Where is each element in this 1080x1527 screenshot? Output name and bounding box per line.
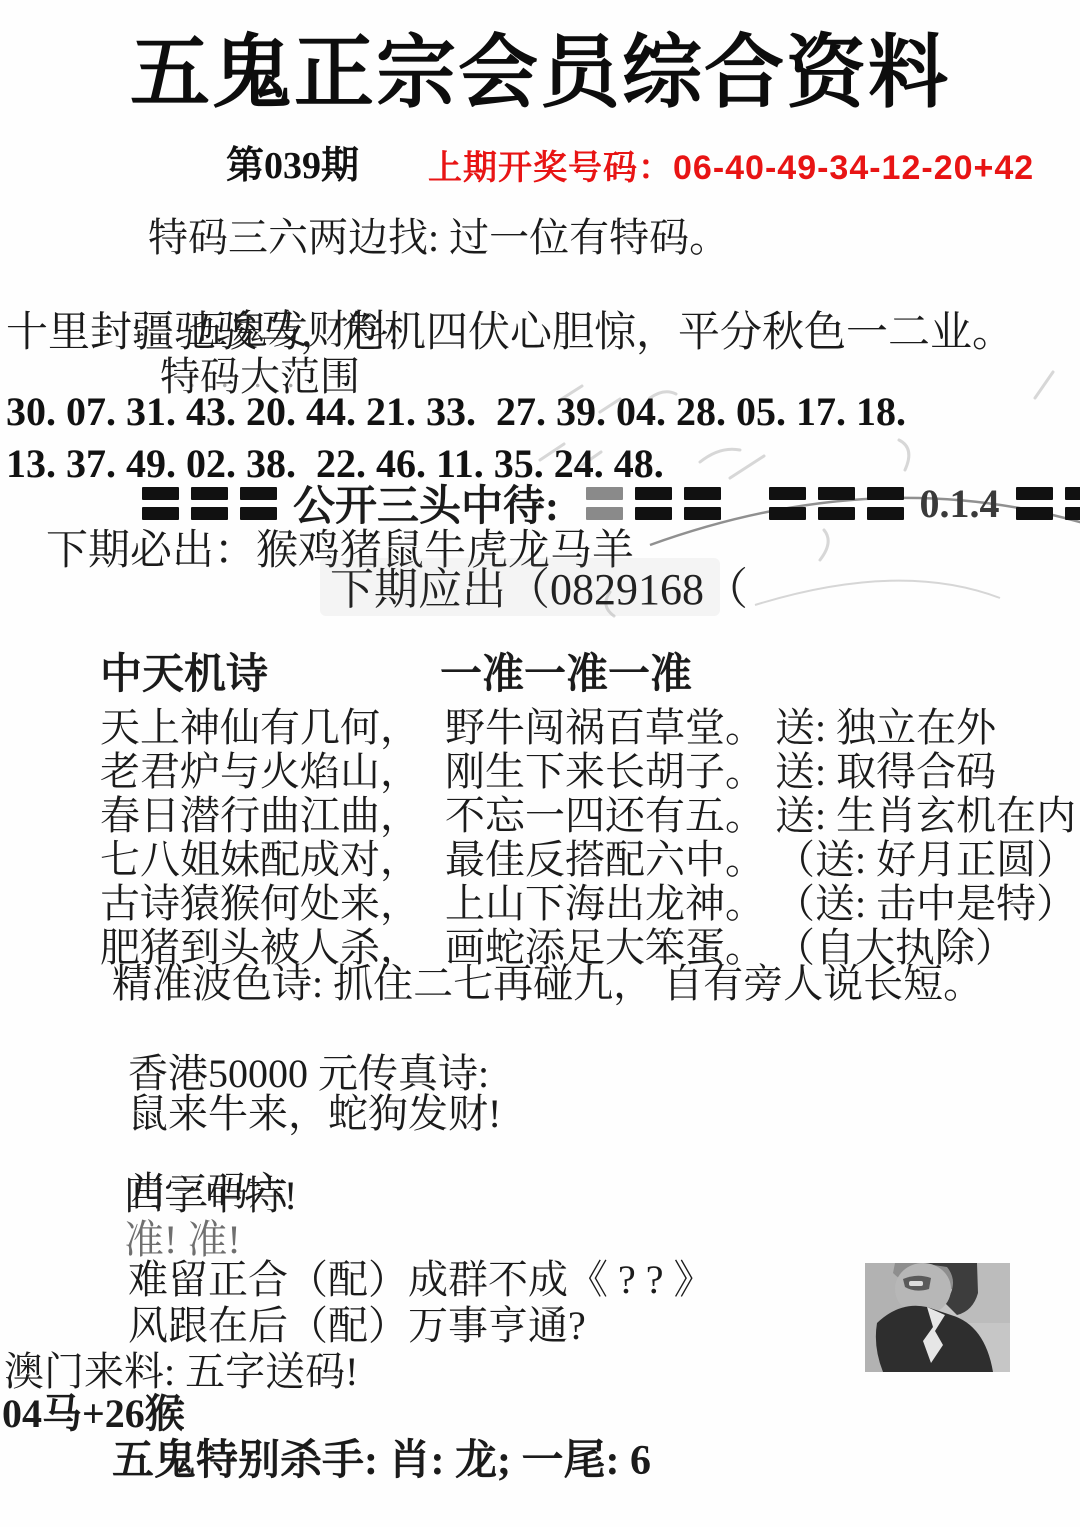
- block-unit: [1065, 487, 1080, 520]
- block-unit: [142, 487, 179, 520]
- block-unit: [240, 487, 277, 520]
- block-unit: [769, 487, 806, 520]
- yijing-blocks-group: [142, 487, 277, 520]
- yijing-blocks-group: [586, 487, 721, 520]
- block-unit: [1016, 487, 1053, 520]
- block-unit-gray: [586, 487, 623, 520]
- page-title: 五鬼正宗会员综合资料: [0, 28, 1080, 116]
- fax-zodiac-codes: 肖三码六: [128, 1170, 288, 1214]
- wealth-poem: 十里封疆驰骏马，危机四伏心胆惊，平分秋色一二业。: [6, 310, 1014, 356]
- issue-number: 第039期: [226, 146, 359, 188]
- block-unit: [684, 487, 721, 520]
- special-code-hint: 特码三六两边找: 过一位有特码。: [148, 216, 729, 260]
- last-draw-numbers: 上期开奖号码：06-40-49-34-12-20+42: [428, 150, 1034, 187]
- tip-sheet-page: 五鬼正宗会员综合资料 第039期 上期开奖号码：06-40-49-34-12-2…: [0, 0, 1080, 1527]
- number-range-line-1: 30. 07. 31. 43. 20. 44. 21. 33. 27. 39. …: [6, 390, 906, 434]
- three-heads-row: 公开三头中待: 0.1.4 中: [142, 478, 1080, 528]
- pair-riddle-2: 风跟在后（配）万事亨通?: [128, 1304, 586, 1348]
- special-killer-line: 五鬼特别杀手: 肖: 龙; 一尾: 6: [112, 1438, 651, 1484]
- pair-riddle-1: 难留正合（配）成群不成《 ? ? 》: [128, 1258, 714, 1302]
- block-unit: [635, 487, 672, 520]
- three-heads-values: 0.1.4: [920, 480, 1000, 527]
- fax-poem-title: 香港50000 元传真诗:: [128, 1052, 489, 1096]
- three-heads-label: 公开三头中待:: [293, 473, 570, 533]
- sky-poem-heading: 中天机诗: [100, 652, 268, 698]
- macau-code-line: 04马+26猴: [2, 1392, 185, 1436]
- block-unit: [191, 487, 228, 520]
- macau-source-line: 澳门来料: 五字送码!: [4, 1350, 358, 1394]
- yijing-blocks-group: [1016, 487, 1080, 520]
- yijing-blocks-group: [769, 487, 904, 520]
- next-should-code: 下期应出（0829168（: [330, 566, 748, 614]
- fax-four-char-light: 准! 准!: [124, 1217, 241, 1262]
- portrait-photo: [865, 1263, 1010, 1372]
- wave-color-poem: 精准波色诗: 抓住二七再碰九， 自有旁人说长短。: [112, 962, 983, 1006]
- block-unit: [867, 487, 904, 520]
- block-unit: [818, 487, 855, 520]
- sky-poem-accuracy: 一准一准一准: [440, 652, 692, 698]
